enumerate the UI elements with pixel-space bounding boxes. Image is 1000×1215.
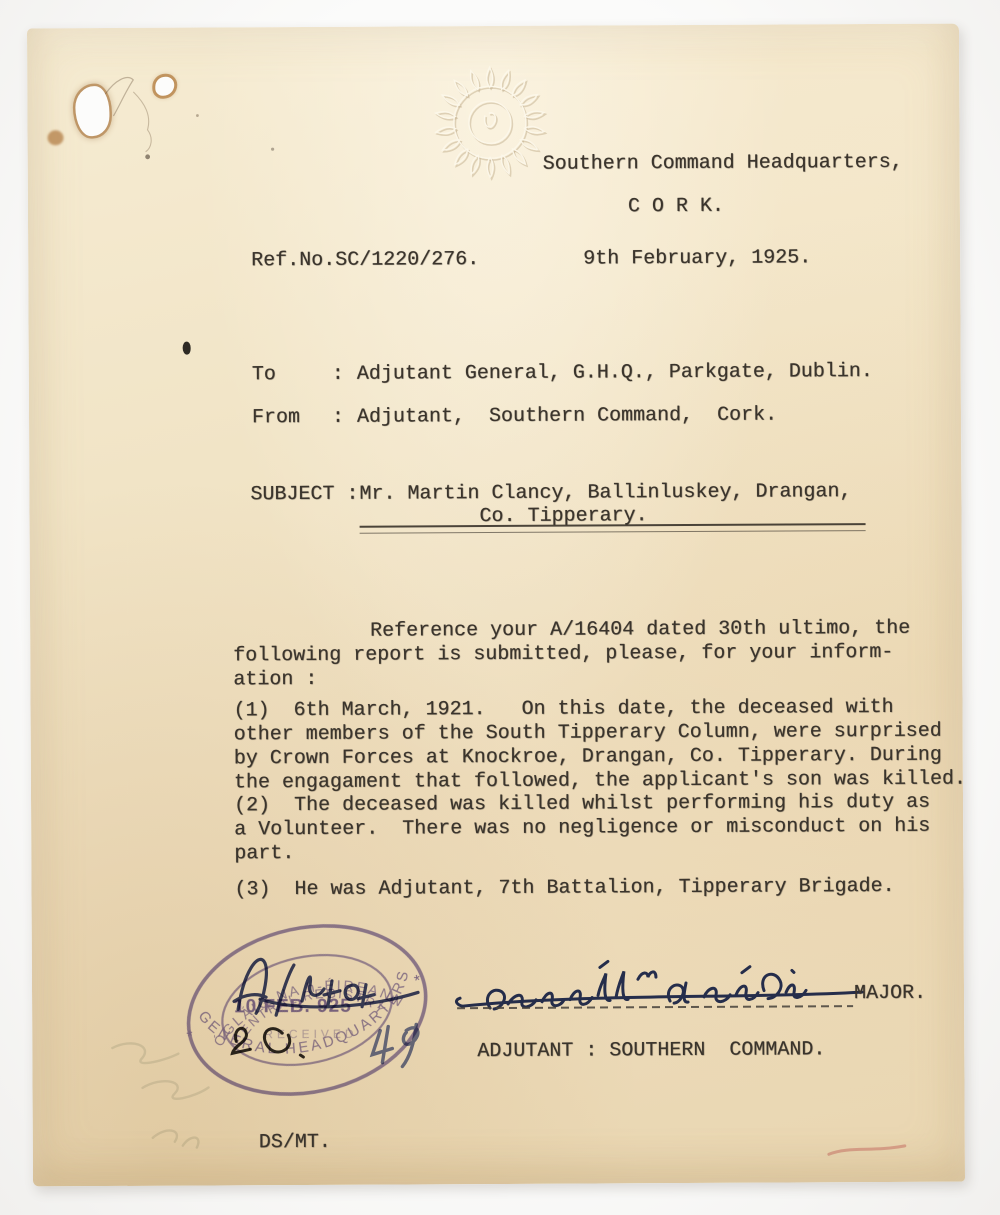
- to-colon: :: [332, 363, 344, 387]
- document-date: 9th February, 1925.: [583, 246, 811, 271]
- signature-rank: MAJOR.: [854, 982, 926, 1006]
- embossed-seal: [423, 56, 558, 191]
- body-intro-line: ation :: [233, 668, 317, 692]
- subject-label: SUBJECT :: [250, 483, 358, 508]
- document-page: Southern Command Headquarters, C O R K. …: [27, 24, 965, 1187]
- letterhead-city: C O R K.: [628, 195, 724, 220]
- body-intro-line: following report is submitted, please, f…: [233, 641, 893, 668]
- red-pencil-mark: [823, 1136, 913, 1166]
- ink-blot: [183, 342, 191, 355]
- to-label: To: [252, 363, 276, 387]
- scan-background: Southern Command Headquarters, C O R K. …: [0, 0, 1000, 1215]
- subject-underline: [360, 523, 866, 534]
- handwritten-signature: [442, 954, 882, 1031]
- body-p2-line: a Volunteer. There was no negligence or …: [234, 815, 930, 843]
- pencil-scribbles: [82, 1017, 303, 1178]
- body-p1-line: (1) 6th March, 1921. On this date, the d…: [233, 696, 893, 723]
- to-value: Adjutant General, G.H.Q., Parkgate, Dubl…: [357, 360, 873, 387]
- body-p2-line: (2) The deceased was killed whilst perfo…: [234, 791, 930, 819]
- signature-title: ADJUTANT : SOUTHERN COMMAND.: [477, 1038, 825, 1064]
- letterhead-line: Southern Command Headquarters,: [543, 151, 903, 177]
- from-colon: :: [332, 406, 344, 430]
- body-p2-line: part.: [234, 842, 294, 866]
- body-p1-line: by Crown Forces at Knockroe, Drangan, Co…: [234, 744, 942, 772]
- handwritten-blue-number: [372, 1024, 418, 1066]
- body-intro-line: Reference your A/16404 dated 30th ultimo…: [370, 617, 910, 644]
- body-p3-line: (3) He was Adjutant, 7th Battalion, Tipp…: [234, 875, 894, 902]
- paper-cracks: [67, 57, 288, 178]
- from-label: From: [252, 406, 300, 430]
- from-value: Adjutant, Southern Command, Cork.: [357, 404, 777, 430]
- reference-number: Ref.No.SC/1220/276.: [251, 248, 479, 273]
- burn-stain: [48, 130, 64, 145]
- subject-line1: Mr. Martin Clancy, Ballinluskey, Drangan…: [359, 480, 851, 507]
